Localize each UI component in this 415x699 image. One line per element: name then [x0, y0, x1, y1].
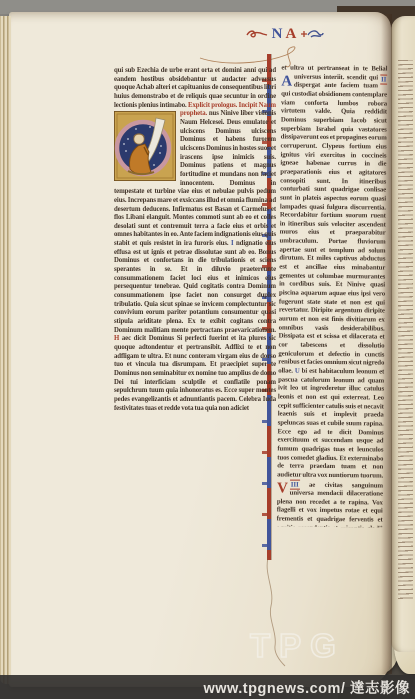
nahum-ch2-text: scendit qui dispergat ante faciem tuam q…: [278, 74, 387, 375]
text-column-right: et ultra ut pertranseat in te Belial uni…: [277, 64, 388, 527]
verse-initial: U: [295, 368, 300, 375]
chapter2-drop-cap: A: [281, 73, 294, 89]
facing-page-text: [398, 60, 413, 600]
chapter-numeral-iii: III: [290, 479, 300, 489]
pen-flourish-left-icon: [245, 28, 269, 40]
verse-initial: I: [231, 240, 234, 247]
facing-page-sliver: [391, 16, 415, 652]
chapter-numeral-ii: II: [380, 74, 387, 85]
tpg-watermark-logo: TPG: [250, 629, 345, 663]
manuscript-photo: N A qui sub Ezechia de urbe erant orta e…: [0, 0, 415, 699]
verse-initial: H: [114, 335, 119, 342]
watermark-url-text: www.tpgnews.com/ 達志影像: [203, 677, 410, 698]
watermark-footer-bar: www.tpgnews.com/ 達志影像: [0, 675, 415, 699]
book-fore-edge: [0, 16, 11, 684]
illuminated-initial-o: [114, 111, 176, 181]
pen-flourish-right-icon: [299, 28, 325, 40]
nahum-ch1-text: aec dicit Dominus Si perfecti fuerint et…: [114, 335, 276, 411]
text-column-left: qui sub Ezechia de urbe erant orta et do…: [114, 67, 276, 519]
nahum-ch1-text: ndignatio eius effusa est ut ignis et pe…: [114, 240, 276, 334]
nahum-ch2-text: bi est habitaculum leonum et pascua catu…: [277, 368, 384, 480]
chapter3-drop-cap: V: [277, 480, 290, 496]
